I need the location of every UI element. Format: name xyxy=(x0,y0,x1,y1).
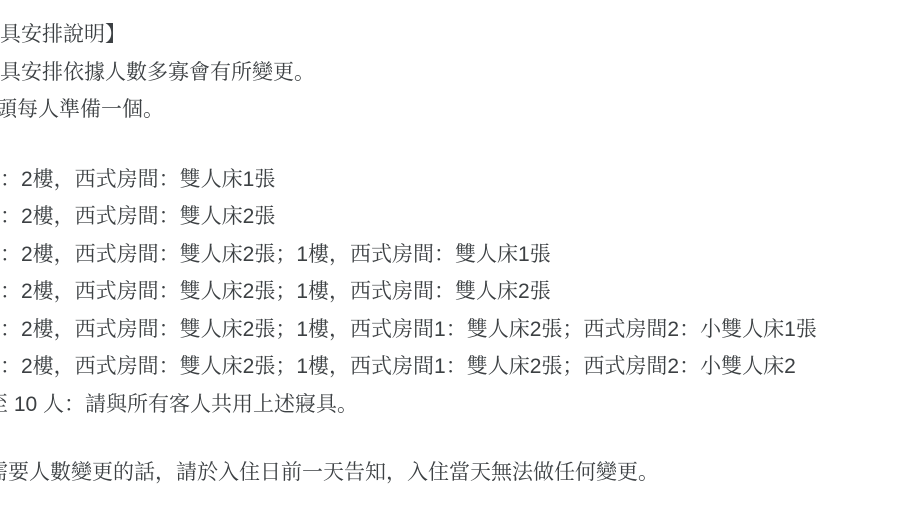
paragraph-gap xyxy=(0,129,918,161)
text-line-beds-5: ：2樓，西式房間：雙人床2張；1樓，西式房間1：雙人床2張；西式房間2：小雙人床… xyxy=(0,311,918,349)
text-line-note-2: 頭每人準備一個。 xyxy=(0,91,918,129)
text-line-beds-6: ：2樓，西式房間：雙人床2張；1樓，西式房間1：雙人床2張；西式房間2：小雙人床… xyxy=(0,348,918,386)
text-line-beds-4: ：2樓，西式房間：雙人床2張；1樓，西式房間：雙人床2張 xyxy=(0,273,918,311)
text-line-beds-3: ：2樓，西式房間：雙人床2張；1樓，西式房間：雙人床1張 xyxy=(0,236,918,274)
text-line-beds-1: ：2樓，西式房間：雙人床1張 xyxy=(0,161,918,199)
document: 具安排說明】 具安排依據人數多寡會有所變更。 頭每人準備一個。 ：2樓，西式房間… xyxy=(0,0,918,492)
paragraph-gap xyxy=(0,423,918,454)
text-line-change-notice: 需要人數變更的話，請於入住日前一天告知，入住當天無法做任何變更。 xyxy=(0,454,918,492)
text-line-heading: 具安排說明】 xyxy=(0,16,918,54)
text-line-note-1: 具安排依據人數多寡會有所變更。 xyxy=(0,54,918,92)
text-line-beds-2: ：2樓，西式房間：雙人床2張 xyxy=(0,198,918,236)
text-line-beds-shared: 至 10 人：請與所有客人共用上述寢具。 xyxy=(0,386,918,424)
